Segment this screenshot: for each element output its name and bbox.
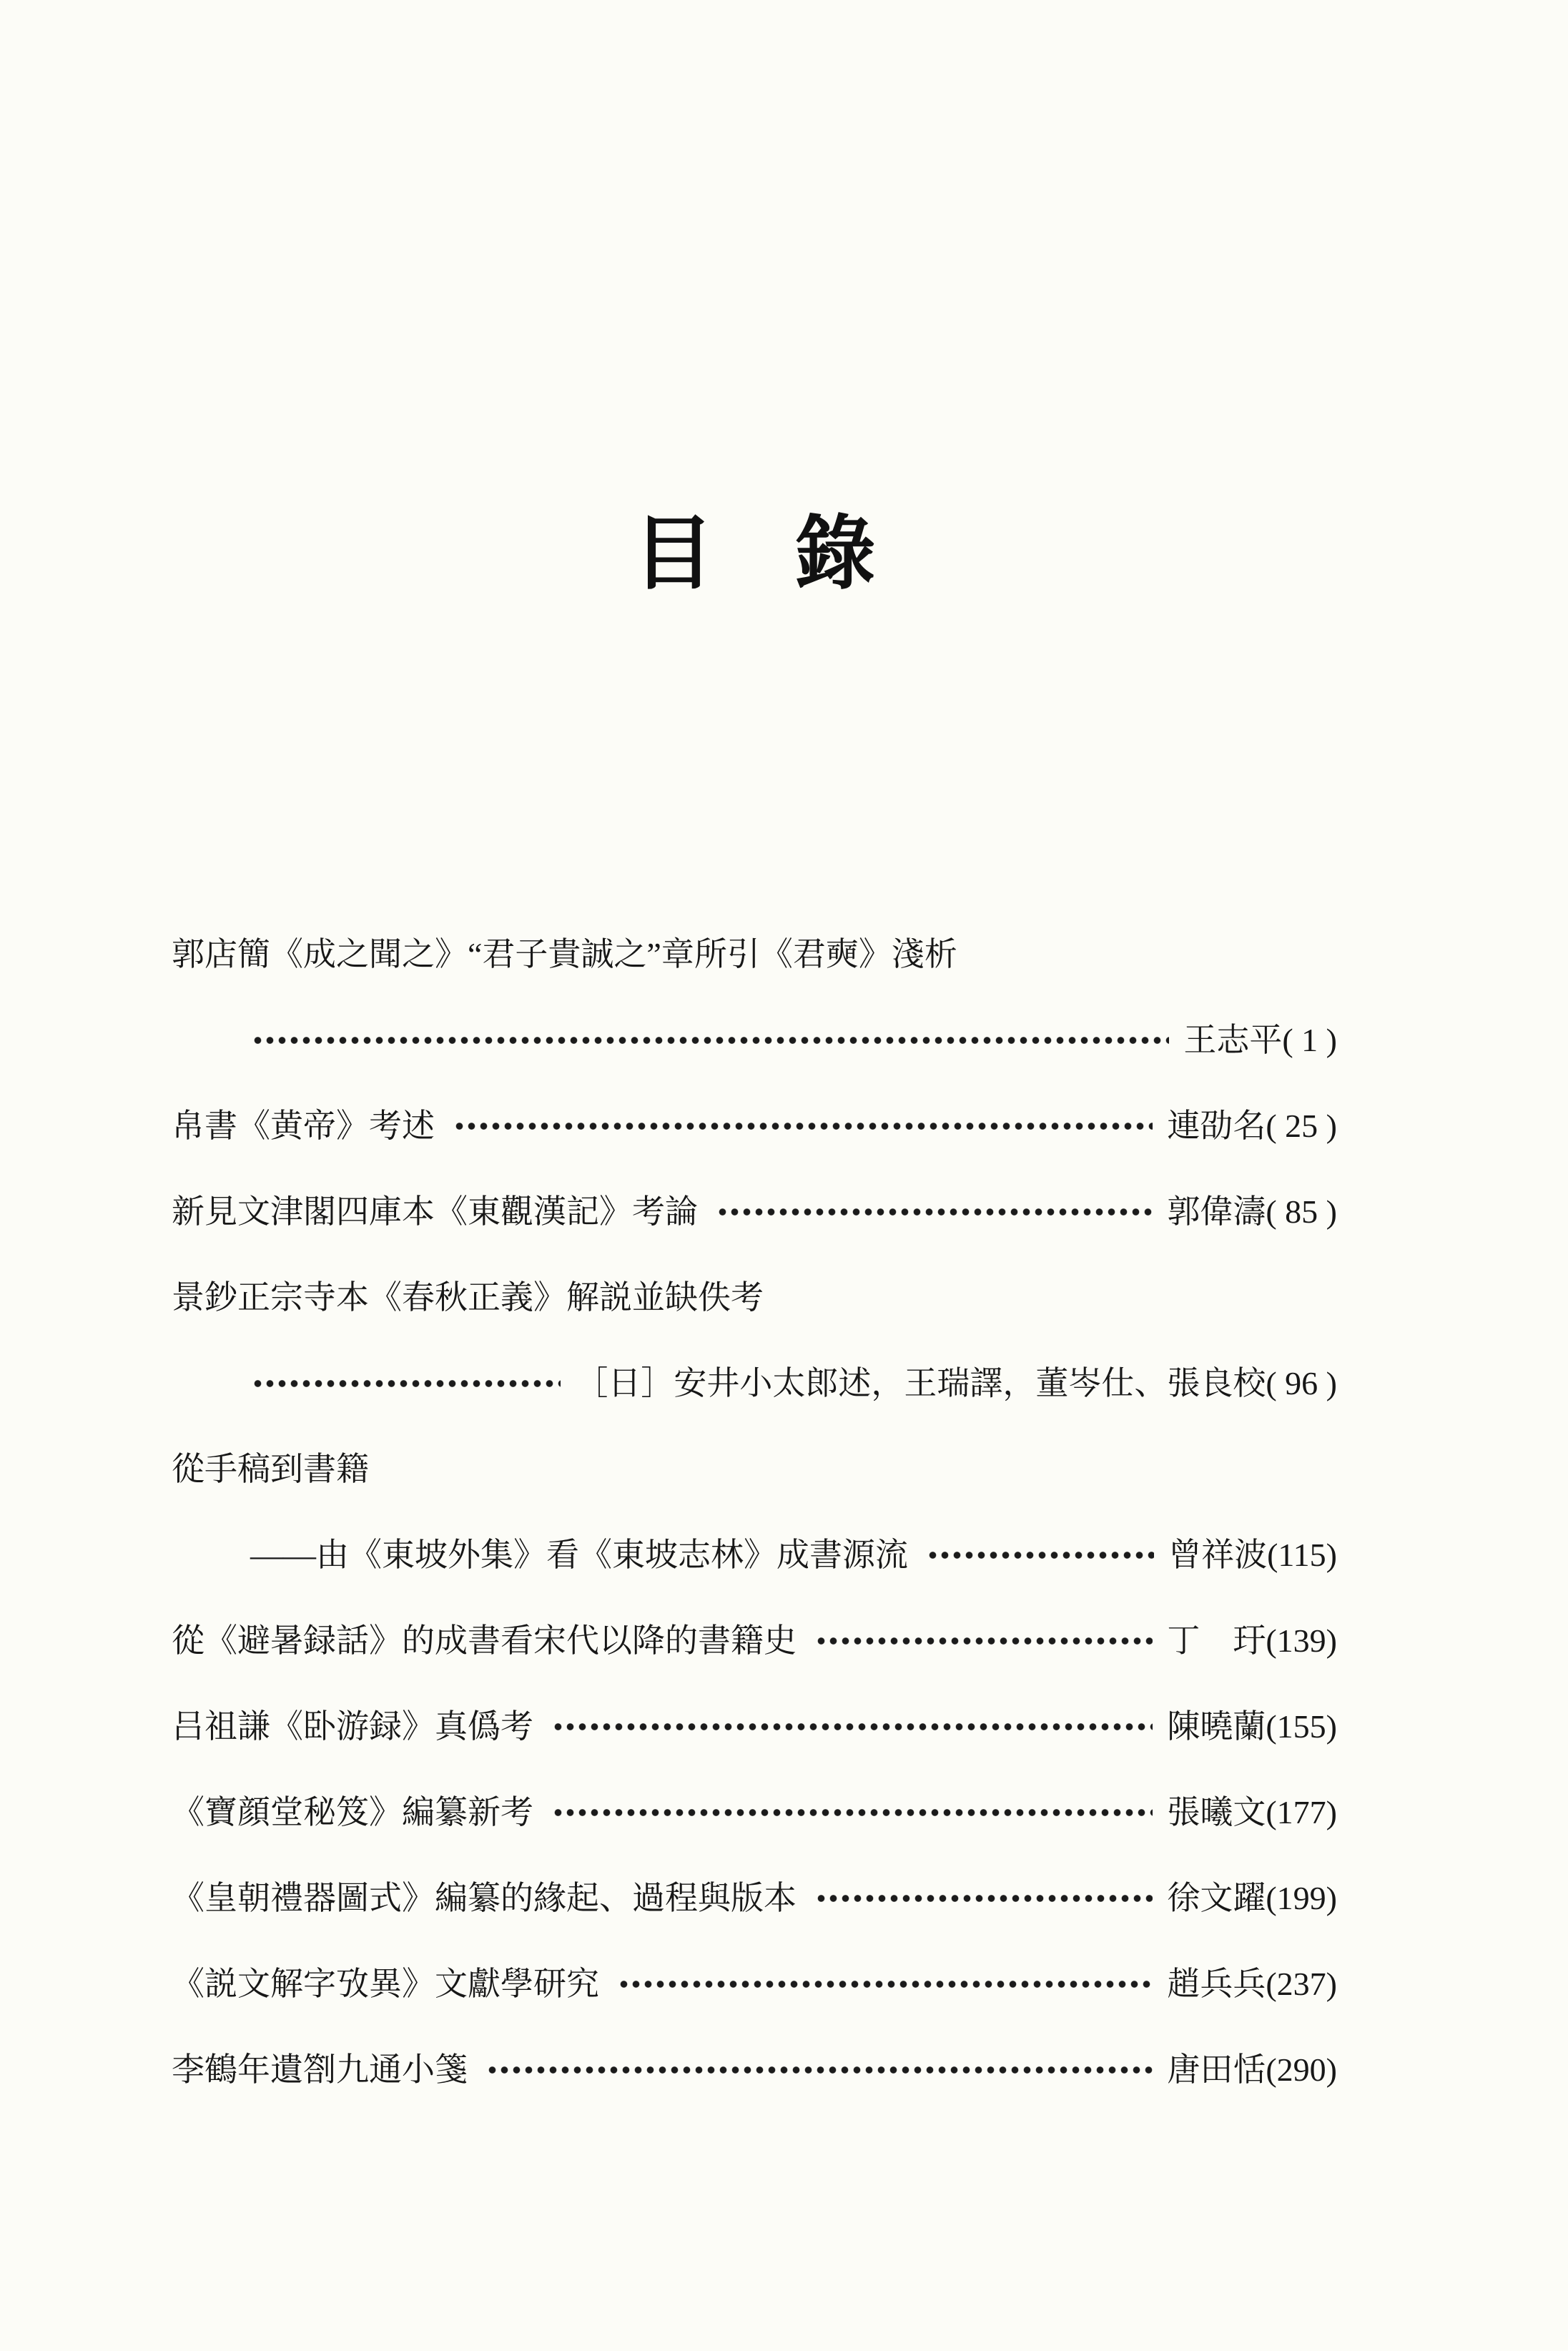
entry-page-number: ( 85 ) (1266, 1193, 1337, 1231)
entry-page-number: (155) (1266, 1708, 1337, 1746)
toc-entry-row: 《皇朝禮器圖式》編纂的緣起、過程與版本 徐文躍 (199) (172, 1855, 1337, 1941)
entry-author: 陳曉蘭 (1167, 1708, 1266, 1746)
toc-entry-row: 王志平 ( 1 ) (172, 997, 1337, 1083)
entry-author: 王志平 (1183, 1022, 1282, 1060)
dotted-leader (252, 1024, 1169, 1057)
dotted-leader (815, 1625, 1153, 1657)
toc-entry-row: ——由《東坡外集》看《東坡志林》成書源流 曾祥波 (115) (172, 1512, 1337, 1598)
entry-title: 李鶴年遺劄九通小箋 (172, 2051, 468, 2089)
entry-title: 景鈔正宗寺本《春秋正義》解説並缺佚考 (172, 1279, 764, 1317)
toc-page: 目 錄 郭店簡《成之聞之》“君子貴誠之”章所引《君奭》淺析 王志平 ( 1 ) … (0, 0, 1568, 2351)
dotted-leader (927, 1539, 1154, 1572)
entry-title: 《寶顔堂秘笈》編纂新考 (172, 1794, 533, 1832)
entry-page-number: (139) (1266, 1622, 1337, 1660)
dotted-leader (552, 1796, 1153, 1829)
toc-entry-row: 《寶顔堂秘笈》編纂新考 張曦文 (177) (172, 1770, 1337, 1855)
entry-page-number: (177) (1266, 1794, 1337, 1832)
entry-title: 《説文解字攷異》文獻學研究 (172, 1966, 599, 2003)
entry-title: ——由《東坡外集》看《東坡志林》成書源流 (250, 1537, 908, 1574)
dotted-leader (486, 2054, 1153, 2086)
entry-author: 郭偉濤 (1167, 1193, 1266, 1231)
toc-entry-row: 郭店簡《成之聞之》“君子貴誠之”章所引《君奭》淺析 (172, 912, 1337, 997)
toc-entry-row: 吕祖謙《卧游録》真僞考 陳曉蘭 (155) (172, 1684, 1337, 1770)
entry-author: 丁 玗 (1167, 1622, 1266, 1660)
entry-title: 郭店簡《成之聞之》“君子貴誠之”章所引《君奭》淺析 (172, 936, 957, 974)
dotted-leader (815, 1882, 1153, 1915)
entry-title: 從手稿到書籍 (172, 1451, 369, 1489)
entry-author: 唐田恬 (1167, 2051, 1266, 2089)
entry-title: 吕祖謙《卧游録》真僞考 (172, 1708, 533, 1746)
toc-list: 郭店簡《成之聞之》“君子貴誠之”章所引《君奭》淺析 王志平 ( 1 ) 帛書《黄… (172, 912, 1337, 2113)
dotted-leader (252, 1367, 561, 1400)
toc-entry-row: ［日］安井小太郎述，王瑞譯，董岑仕、張良校 ( 96 ) (172, 1341, 1337, 1426)
toc-entry-row: 景鈔正宗寺本《春秋正義》解説並缺佚考 (172, 1255, 1337, 1341)
entry-page-number: (290) (1266, 2051, 1337, 2089)
toc-entry-row: 新見文津閣四庫本《東觀漢記》考論 郭偉濤 ( 85 ) (172, 1169, 1337, 1255)
entry-page-number: ( 1 ) (1282, 1022, 1337, 1060)
entry-author: 張曦文 (1167, 1794, 1266, 1832)
entry-page-number: ( 96 ) (1266, 1365, 1337, 1403)
entry-page-number: ( 25 ) (1266, 1108, 1337, 1145)
toc-entry-row: 帛書《黄帝》考述 連劭名 ( 25 ) (172, 1083, 1337, 1169)
entry-author: 連劭名 (1167, 1108, 1266, 1145)
entry-author: 徐文躍 (1167, 1880, 1266, 1918)
dotted-leader (618, 1968, 1153, 2001)
entry-page-number: (199) (1266, 1880, 1337, 1918)
entry-author: ［日］安井小太郎述，王瑞譯，董岑仕、張良校 (575, 1365, 1266, 1403)
toc-entry-row: 李鶴年遺劄九通小箋 唐田恬 (290) (172, 2027, 1337, 2113)
toc-entry-row: 《説文解字攷異》文獻學研究 趙兵兵 (237) (172, 1941, 1337, 2027)
toc-entry-row: 從手稿到書籍 (172, 1426, 1337, 1512)
entry-title: 新見文津閣四庫本《東觀漢記》考論 (172, 1193, 698, 1231)
entry-page-number: (115) (1267, 1537, 1337, 1574)
entry-author: 曾祥波 (1168, 1537, 1267, 1574)
entry-title: 《皇朝禮器圖式》編纂的緣起、過程與版本 (172, 1880, 797, 1918)
page-title: 目 錄 (172, 513, 1337, 594)
entry-page-number: (237) (1266, 1966, 1337, 2003)
dotted-leader (716, 1196, 1153, 1228)
entry-author: 趙兵兵 (1167, 1966, 1266, 2003)
entry-title: 從《避暑録話》的成書看宋代以降的書籍史 (172, 1622, 797, 1660)
toc-entry-row: 從《避暑録話》的成書看宋代以降的書籍史 丁 玗 (139) (172, 1598, 1337, 1684)
dotted-leader (453, 1110, 1153, 1143)
dotted-leader (552, 1710, 1153, 1743)
entry-title: 帛書《黄帝》考述 (172, 1108, 435, 1145)
